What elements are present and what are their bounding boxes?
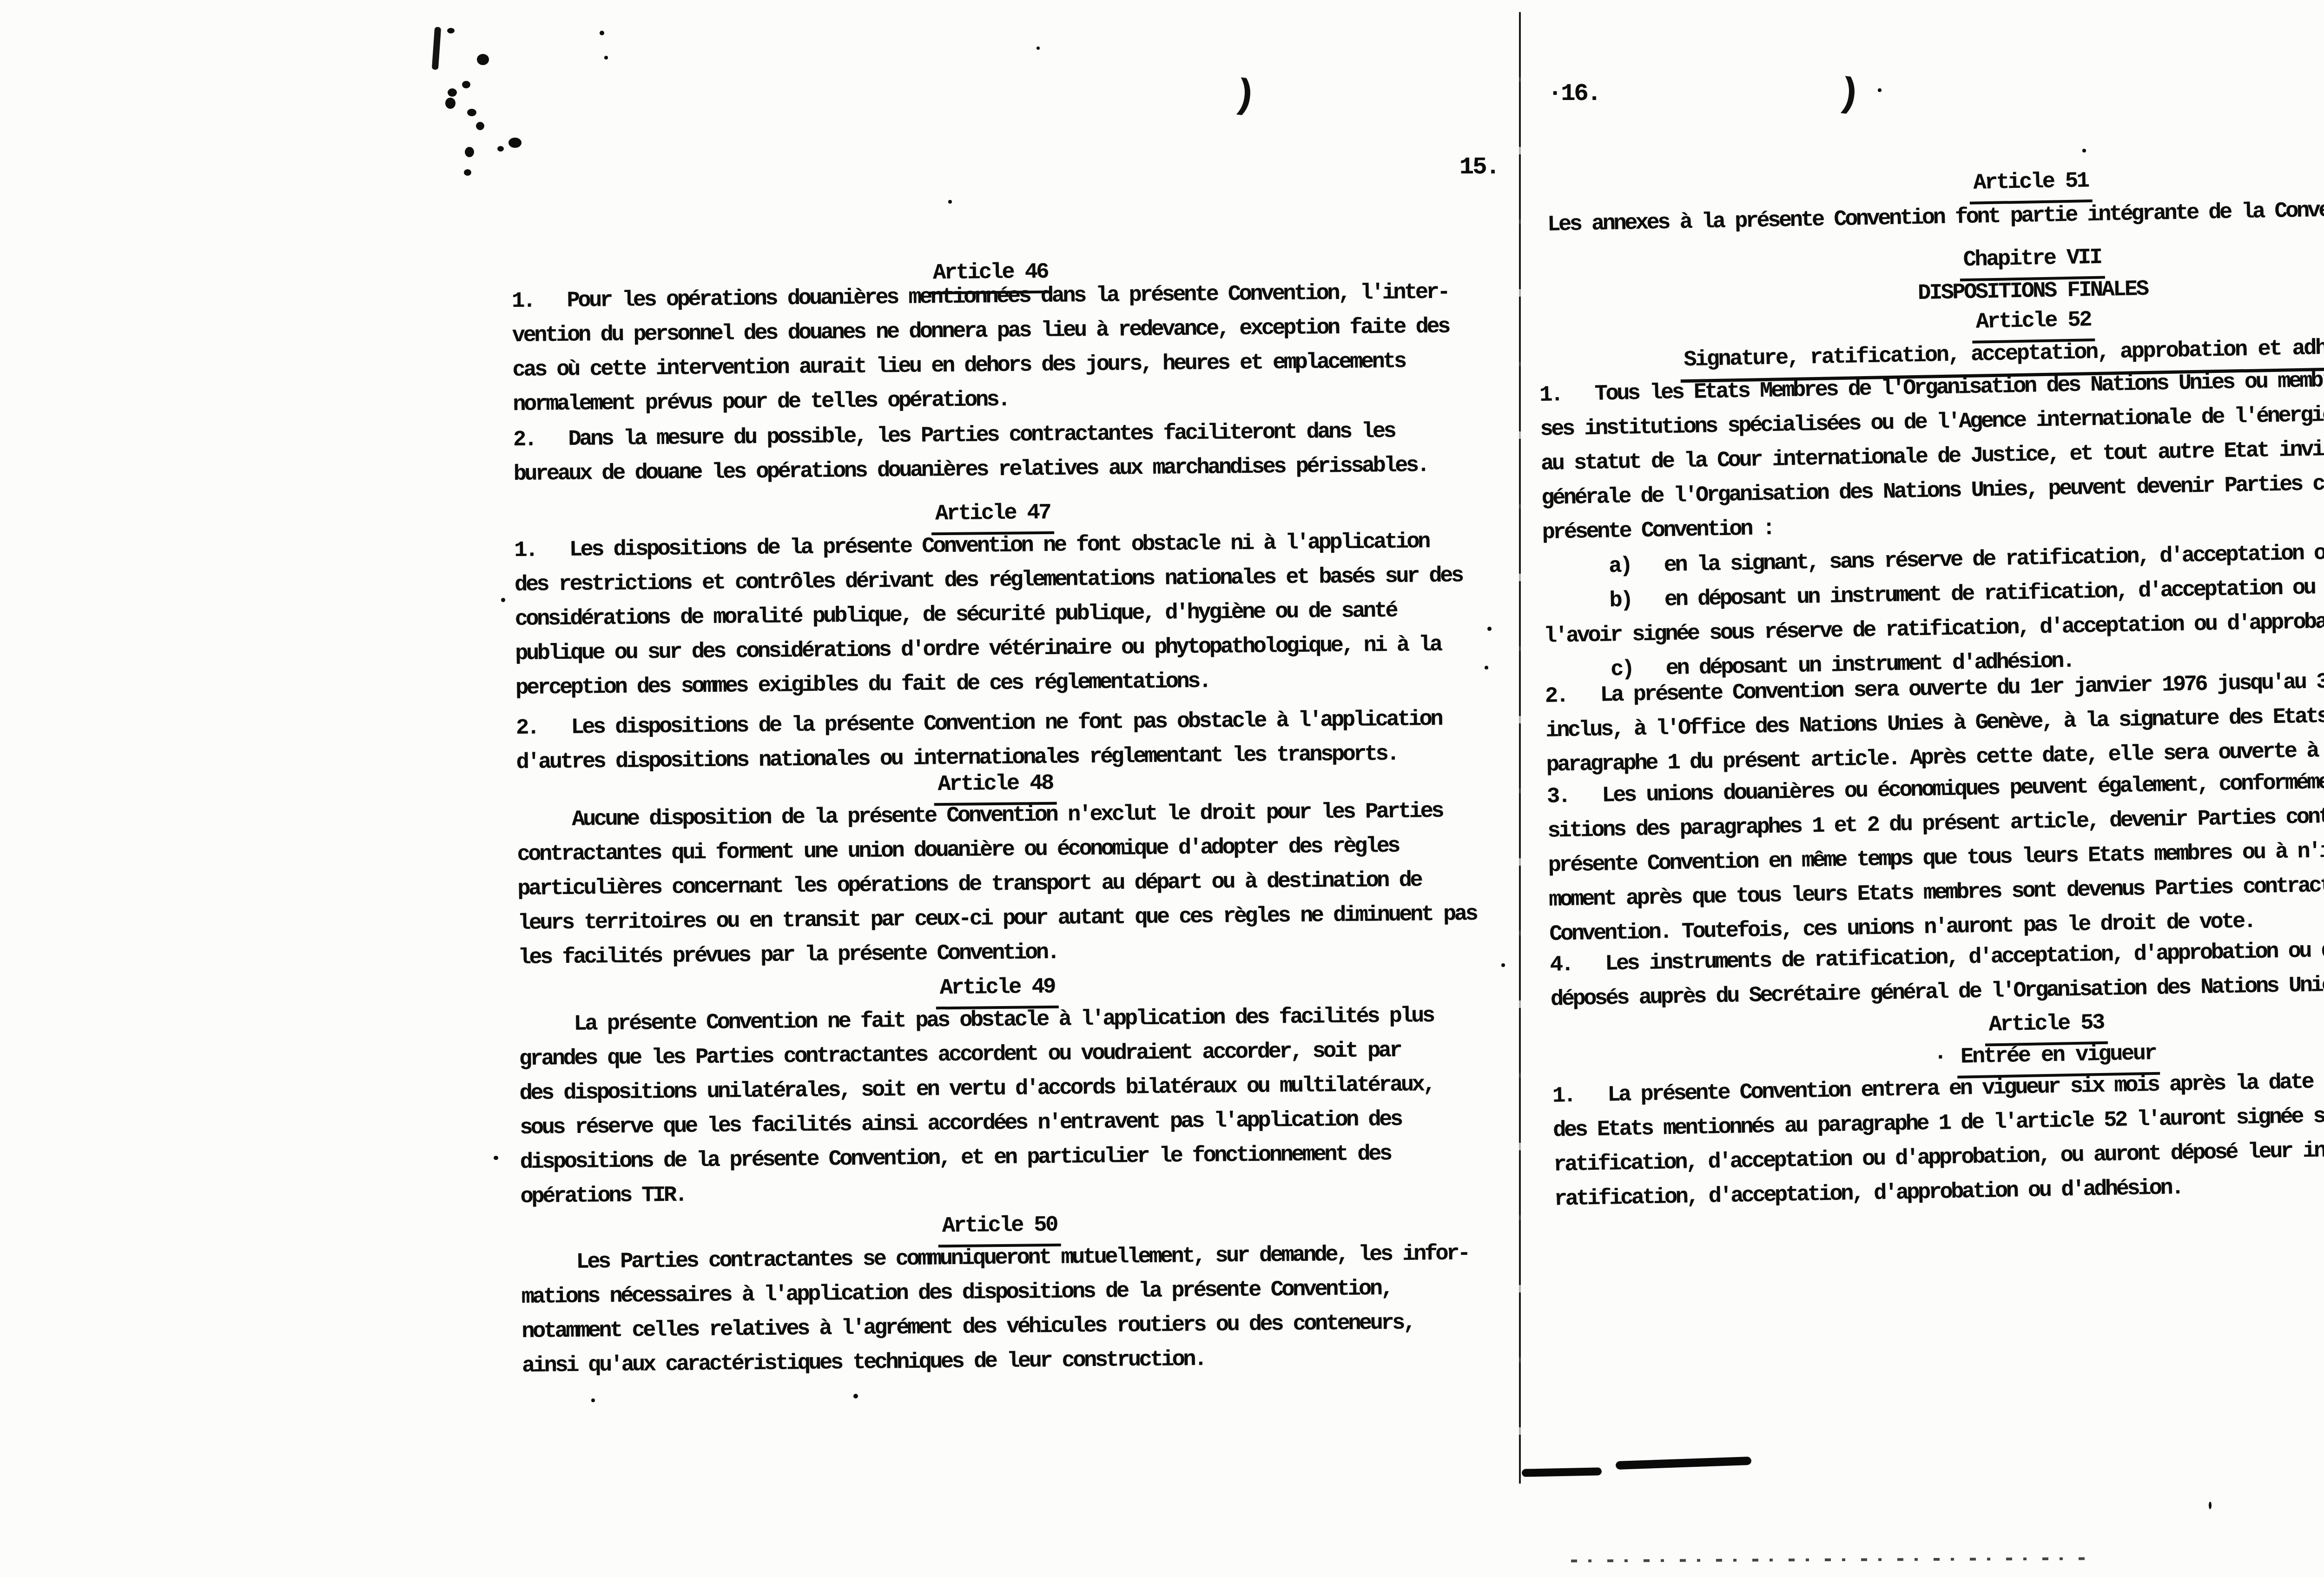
- ink-speck: [1037, 46, 1040, 50]
- ink-speck: [1485, 666, 1488, 669]
- page-number-left: 15.: [1459, 153, 1499, 181]
- ink-speck: [501, 598, 505, 602]
- ink-speck: [853, 1394, 858, 1398]
- ink-speck: [462, 81, 470, 88]
- article-52-paragraph-2: 2. La présente Convention sera ouverte d…: [1545, 662, 2324, 782]
- article-53-paragraph-1: 1. La présente Convention entrera en vig…: [1552, 1062, 2324, 1217]
- ink-smudge: [1522, 1467, 1602, 1477]
- left-page: Article 46 1. Pour les opérations douani…: [511, 232, 1545, 1451]
- ink-speck: [494, 1156, 498, 1160]
- ink-speck: [497, 146, 504, 152]
- article-48-paragraph-1: Aucune disposition de la présente Conven…: [517, 794, 1477, 975]
- ink-speck: [2082, 149, 2086, 152]
- article-52-paragraph-1: 1. Tous les Etats Membres de l'Organisat…: [1539, 360, 2324, 550]
- scanned-document-page: { "doc": { "left": { "page_number": "15.…: [0, 0, 2324, 1577]
- stray-paren-left: ): [1230, 72, 1259, 120]
- stray-dot: ·: [1934, 1045, 1946, 1070]
- ink-speck: [2209, 1502, 2212, 1509]
- right-page: Article 51 Les annexes à la présente Con…: [1534, 64, 2324, 1338]
- ink-speck: [445, 98, 456, 109]
- article-52-list-items: a) en la signant, sans réserve de ratifi…: [1542, 533, 2324, 689]
- ink-speck: [477, 54, 489, 65]
- ink-speck: [600, 31, 604, 35]
- ink-speck: [448, 88, 457, 97]
- ink-speck: [1878, 88, 1882, 92]
- ink-speck: [1501, 963, 1505, 967]
- ink-speck: [948, 200, 952, 204]
- ink-speck: [464, 169, 471, 176]
- ink-speck: [604, 56, 608, 60]
- ink-smudge: [1616, 1457, 1751, 1470]
- ink-speck: [476, 122, 484, 130]
- article-46-paragraph-1: 1. Pour les opérations douanières mentio…: [512, 276, 1450, 422]
- ink-speck: [465, 147, 474, 157]
- speckle-row: [1571, 1557, 2087, 1563]
- article-47-paragraph-1: 1. Les dispositions de la présente Conve…: [514, 524, 1463, 706]
- ink-speck: [591, 1398, 595, 1402]
- ink-speck: [1487, 627, 1492, 631]
- article-50-paragraph-1: Les Parties contractantes se communiquer…: [521, 1237, 1470, 1384]
- article-52-paragraph-3: 3. Les unions douanières ou économiques …: [1546, 763, 2324, 952]
- ink-speck: [447, 28, 455, 33]
- article-49-paragraph-1: La présente Convention ne fait pas obsta…: [519, 999, 1435, 1214]
- ink-speck: [508, 138, 522, 148]
- ink-smear: [432, 27, 441, 70]
- article-46-paragraph-2: 2. Dans la mesure du possible, les Parti…: [513, 414, 1428, 492]
- ink-speck: [467, 109, 476, 116]
